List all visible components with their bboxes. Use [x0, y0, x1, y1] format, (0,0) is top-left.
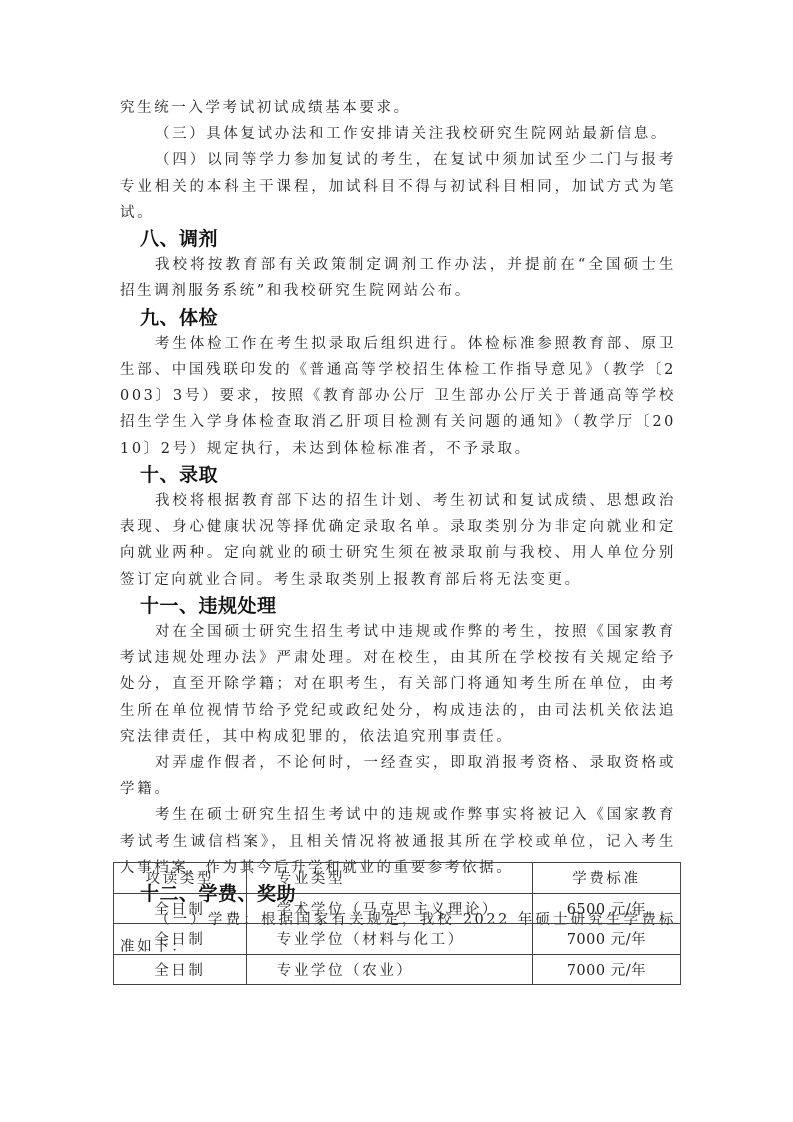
header-study-type: 攻读类型	[114, 863, 247, 894]
cell-program-type: 学术学位（马克思主义理论）	[246, 893, 532, 924]
paragraph: （四）以同等学力参加复试的考生，在复试中须加试至少二门与报考专业相关的本科主干课…	[120, 147, 676, 226]
paragraph: （三）具体复试办法和工作安排请关注我校研究生院网站最新信息。	[120, 121, 676, 147]
cell-study-type: 全日制	[114, 954, 247, 985]
table-row: 全日制 专业学位（材料与化工） 7000 元/年	[114, 924, 681, 955]
header-program-type: 专业类型	[246, 863, 532, 894]
section-heading-admission: 十、录取	[140, 462, 676, 488]
cell-study-type: 全日制	[114, 893, 247, 924]
paragraph: 我校将根据教育部下达的招生计划、考生初试和复试成绩、思想政治表现、身心健康状况等…	[120, 488, 676, 593]
table-row: 全日制 学术学位（马克思主义理论） 6500 元/年	[114, 893, 681, 924]
section-heading-medical-exam: 九、体检	[140, 305, 676, 331]
paragraph: 考生体检工作在考生拟录取后组织进行。体检标准参照教育部、原卫生部、中国残联印发的…	[120, 331, 676, 462]
paragraph: 我校将按教育部有关政策制定调剂工作办法，并提前在“全国硕士生招生调剂服务系统”和…	[120, 252, 676, 304]
cell-study-type: 全日制	[114, 924, 247, 955]
document-body: 究生统一入学考试初试成绩基本要求。 （三）具体复试办法和工作安排请关注我校研究生…	[120, 95, 676, 960]
cell-program-type: 专业学位（材料与化工）	[246, 924, 532, 955]
section-heading-adjustment: 八、调剂	[140, 226, 676, 252]
header-tuition: 学费标准	[532, 863, 680, 894]
tuition-table: 攻读类型 专业类型 学费标准 全日制 学术学位（马克思主义理论） 6500 元/…	[113, 862, 681, 985]
paragraph: 对在全国硕士研究生招生考试中违规或作弊的考生，按照《国家教育考试违规处理办法》严…	[120, 619, 676, 750]
cell-tuition: 7000 元/年	[532, 924, 680, 955]
cell-program-type: 专业学位（农业）	[246, 954, 532, 985]
section-heading-violations: 十一、违规处理	[140, 593, 676, 619]
table-row: 全日制 专业学位（农业） 7000 元/年	[114, 954, 681, 985]
table-header-row: 攻读类型 专业类型 学费标准	[114, 863, 681, 894]
paragraph: 究生统一入学考试初试成绩基本要求。	[120, 95, 676, 121]
paragraph: 对弄虚作假者，不论何时，一经查实，即取消报考资格、录取资格或学籍。	[120, 750, 676, 802]
cell-tuition: 7000 元/年	[532, 954, 680, 985]
cell-tuition: 6500 元/年	[532, 893, 680, 924]
